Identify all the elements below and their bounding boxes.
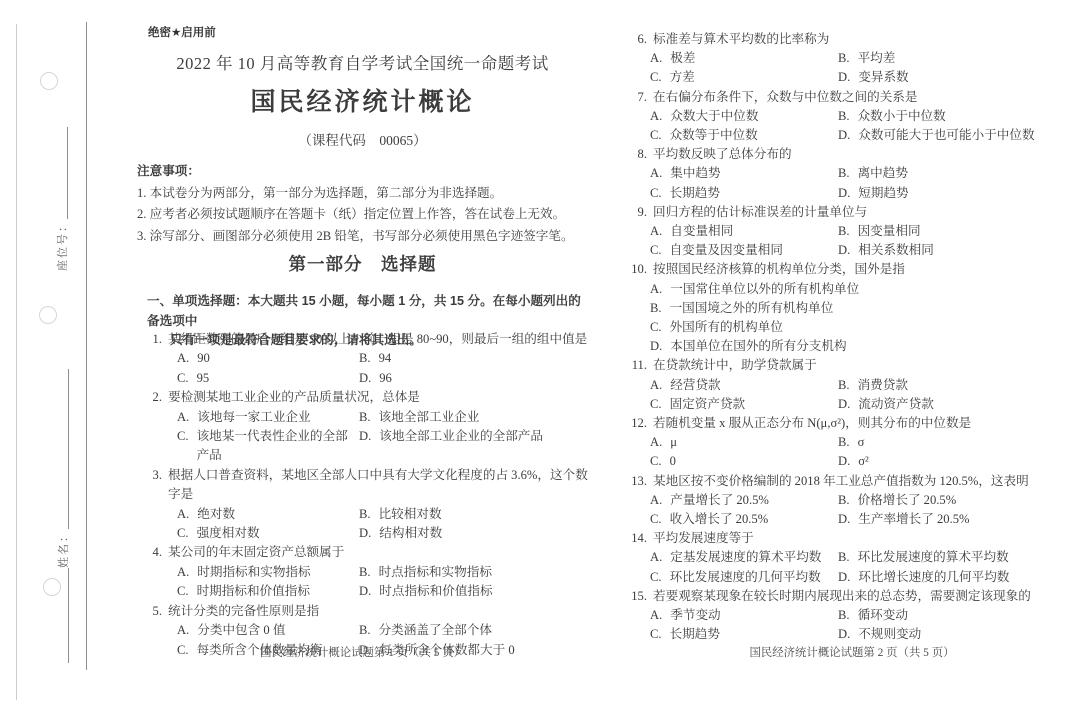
option: D.环比增长速度的几何平均数 bbox=[838, 568, 1009, 587]
option-row: A.90B.94 bbox=[135, 349, 590, 368]
option: A.产量增长了 20.5% bbox=[650, 491, 838, 510]
option-text: 该地全部工业企业 bbox=[379, 408, 480, 427]
option: C.固定资产贷款 bbox=[650, 395, 838, 414]
questions-6-15: 6.标准差与算术平均数的比率称为A.极差B.平均差C.方差D.变异系数7.在右偏… bbox=[626, 30, 1078, 645]
option-label: C. bbox=[650, 184, 662, 203]
option-text: 环比发展速度的算术平均数 bbox=[858, 548, 1009, 567]
option: A.众数大于中位数 bbox=[650, 107, 838, 126]
notes-heading: 注意事项： bbox=[137, 161, 574, 183]
question-number: 7. bbox=[626, 88, 647, 107]
option: A.季节变动 bbox=[650, 606, 838, 625]
question-number: 2. bbox=[141, 388, 162, 407]
option-row: C.自变量及因变量相同D.相关系数相同 bbox=[626, 241, 1078, 260]
option: D.相关系数相同 bbox=[838, 241, 934, 260]
option: D.变异系数 bbox=[838, 68, 909, 87]
option: A.经营贷款 bbox=[650, 376, 838, 395]
option-row: A.产量增长了 20.5%B.价格增长了 20.5% bbox=[626, 491, 1078, 510]
option-label: C. bbox=[650, 395, 662, 414]
option: B.因变量相同 bbox=[838, 222, 921, 241]
question-number: 6. bbox=[626, 30, 647, 49]
option-row: C.固定资产贷款D.流动资产贷款 bbox=[626, 395, 1078, 414]
option-text: 外国所有的机构单位 bbox=[670, 318, 783, 337]
option-label: D. bbox=[359, 427, 371, 466]
option-label: A. bbox=[650, 376, 662, 395]
option: B.σ bbox=[838, 433, 864, 452]
option-text: 短期趋势 bbox=[858, 184, 908, 203]
option-text: 不规则变动 bbox=[858, 625, 921, 644]
option-label: C. bbox=[177, 427, 189, 466]
option-text: 价格增长了 20.5% bbox=[858, 491, 957, 510]
option-row: C.强度相对数D.结构相对数 bbox=[135, 524, 590, 543]
option-label: A. bbox=[650, 164, 662, 183]
option-row: A.一国常住单位以外的所有机构单位 bbox=[626, 280, 1078, 299]
option-text: 因变量相同 bbox=[858, 222, 921, 241]
option-text: 自变量相同 bbox=[670, 222, 733, 241]
option-label: B. bbox=[650, 299, 662, 318]
option-label: B. bbox=[838, 433, 850, 452]
option: A.极差 bbox=[650, 49, 838, 68]
option-text: 绝对数 bbox=[197, 505, 235, 524]
question-stem: 要检测某地工业企业的产品质量状况，总体是 bbox=[168, 388, 420, 407]
option: B.比较相对数 bbox=[359, 505, 442, 524]
scan-edge-line bbox=[16, 24, 17, 700]
security-classification: 绝密★启用前 bbox=[148, 24, 216, 40]
question-stem: 在贷款统计中，助学贷款属于 bbox=[653, 356, 817, 375]
option: C.外国所有的机构单位 bbox=[650, 318, 783, 337]
option: C.长期趋势 bbox=[650, 184, 838, 203]
option-row: A.众数大于中位数B.众数小于中位数 bbox=[626, 107, 1078, 126]
option-text: 环比发展速度的几何平均数 bbox=[670, 568, 821, 587]
option-label: D. bbox=[650, 337, 662, 356]
option: B.消费贷款 bbox=[838, 376, 908, 395]
part-one-title: 第一部分 选择题 bbox=[135, 251, 590, 276]
note-item: 1. 本试卷分为两部分，第一部分为选择题，第二部分为非选择题。 bbox=[137, 183, 574, 205]
option-row: C.0D.σ² bbox=[626, 452, 1078, 471]
question-number: 15. bbox=[626, 587, 647, 606]
option-row: C.该地某一代表性企业的全部产品D.该地全部工业企业的全部产品 bbox=[135, 427, 590, 466]
option-label: C. bbox=[650, 126, 662, 145]
option-text: 分类中包含 0 值 bbox=[197, 621, 285, 640]
option-text: 循环变动 bbox=[858, 606, 908, 625]
option: D.σ² bbox=[838, 452, 869, 471]
option: B.一国国境之外的所有机构单位 bbox=[650, 299, 833, 318]
question-8: 8.平均数反映了总体分布的A.集中趋势B.离中趋势C.长期趋势D.短期趋势 bbox=[626, 145, 1078, 203]
question-number: 8. bbox=[626, 145, 647, 164]
option-label: D. bbox=[359, 524, 371, 543]
binding-hole bbox=[40, 72, 58, 90]
option-label: A. bbox=[177, 349, 189, 368]
option: B.平均差 bbox=[838, 49, 895, 68]
question-stem: 标准差与算术平均数的比率称为 bbox=[653, 30, 829, 49]
option-text: 一国常住单位以外的所有机构单位 bbox=[670, 280, 859, 299]
option-text: 96 bbox=[379, 369, 392, 388]
question-stem: 回归方程的估计标准误差的计量单位与 bbox=[653, 203, 867, 222]
option: C.时期指标和价值指标 bbox=[177, 582, 359, 601]
question-stem: 在右偏分布条件下，众数与中位数之间的关系是 bbox=[653, 88, 917, 107]
question-number: 1. bbox=[141, 330, 162, 349]
option-text: 方差 bbox=[670, 68, 695, 87]
option-row: D.本国单位在国外的所有分支机构 bbox=[626, 337, 1078, 356]
option-label: D. bbox=[359, 369, 371, 388]
question-number: 3. bbox=[141, 466, 162, 505]
option: D.96 bbox=[359, 369, 392, 388]
option-text: 经营贷款 bbox=[670, 376, 720, 395]
question-14: 14.平均发展速度等于A.定基发展速度的算术平均数B.环比发展速度的算术平均数C… bbox=[626, 529, 1078, 587]
option: B.环比发展速度的算术平均数 bbox=[838, 548, 1009, 567]
option-text: 流动资产贷款 bbox=[858, 395, 934, 414]
question-11: 11.在贷款统计中，助学贷款属于A.经营贷款B.消费贷款C.固定资产贷款D.流动… bbox=[626, 356, 1078, 414]
option: A.90 bbox=[177, 349, 359, 368]
option-label: D. bbox=[838, 395, 850, 414]
option-text: 变异系数 bbox=[858, 68, 908, 87]
option-text: 该地某一代表性企业的全部产品 bbox=[197, 427, 359, 466]
exam-session-title: 2022 年 10 月高等教育自学考试全国统一命题考试 bbox=[135, 50, 590, 74]
option-label: A. bbox=[650, 606, 662, 625]
option-text: 结构相对数 bbox=[379, 524, 442, 543]
option-row: A.时期指标和实物指标B.时点指标和实物指标 bbox=[135, 563, 590, 582]
option-label: A. bbox=[177, 408, 189, 427]
option-row: C.长期趋势D.短期趋势 bbox=[626, 184, 1078, 203]
option-label: B. bbox=[838, 376, 850, 395]
option: A.定基发展速度的算术平均数 bbox=[650, 548, 838, 567]
option-text: 本国单位在国外的所有分支机构 bbox=[670, 337, 846, 356]
option-row: A.该地每一家工业企业B.该地全部工业企业 bbox=[135, 408, 590, 427]
option-text: 95 bbox=[197, 369, 210, 388]
question-number: 12. bbox=[626, 414, 647, 433]
option-row: C.方差D.变异系数 bbox=[626, 68, 1078, 87]
option: C.强度相对数 bbox=[177, 524, 359, 543]
option: A.该地每一家工业企业 bbox=[177, 408, 359, 427]
option-label: C. bbox=[177, 369, 189, 388]
seat-number-label: 座位号： bbox=[54, 219, 70, 271]
option-text: 时点指标和价值指标 bbox=[379, 582, 492, 601]
option-row: A.季节变动B.循环变动 bbox=[626, 606, 1078, 625]
instruction-line-1: 一、单项选择题：本大题共 15 小题，每小题 1 分，共 15 分。在每小题列出… bbox=[147, 292, 590, 331]
option-text: 定基发展速度的算术平均数 bbox=[670, 548, 821, 567]
question-stem: 平均发展速度等于 bbox=[653, 529, 754, 548]
option-label: A. bbox=[650, 107, 662, 126]
option-row: A.绝对数B.比较相对数 bbox=[135, 505, 590, 524]
option-text: σ² bbox=[858, 452, 869, 471]
option-text: 90 bbox=[197, 349, 210, 368]
exam-page-2: 6.标准差与算术平均数的比率称为A.极差B.平均差C.方差D.变异系数7.在右偏… bbox=[626, 0, 1078, 716]
option-label: B. bbox=[359, 349, 371, 368]
option-label: D. bbox=[838, 184, 850, 203]
option: D.流动资产贷款 bbox=[838, 395, 934, 414]
option-text: 众数大于中位数 bbox=[670, 107, 758, 126]
option-text: 环比增长速度的几何平均数 bbox=[858, 568, 1009, 587]
option-label: C. bbox=[650, 510, 662, 529]
question-number: 4. bbox=[141, 543, 162, 562]
option-label: B. bbox=[359, 563, 371, 582]
option: B.分类涵盖了全部个体 bbox=[359, 621, 492, 640]
question-1: 1.某组距数列的最后一组是 90 以上，前一组是 80~90，则最后一组的组中值… bbox=[135, 330, 590, 388]
option: A.时期指标和实物指标 bbox=[177, 563, 359, 582]
option-label: D. bbox=[838, 68, 850, 87]
option-label: C. bbox=[650, 452, 662, 471]
option: D.生产率增长了 20.5% bbox=[838, 510, 970, 529]
question-10: 10.按照国民经济核算的机构单位分类，国外是指A.一国常住单位以外的所有机构单位… bbox=[626, 260, 1078, 356]
option-label: D. bbox=[838, 126, 850, 145]
option-text: σ bbox=[858, 433, 865, 452]
question-number: 5. bbox=[141, 602, 162, 621]
option-text: 比较相对数 bbox=[379, 505, 442, 524]
option: B.94 bbox=[359, 349, 391, 368]
questions-1-5: 1.某组距数列的最后一组是 90 以上，前一组是 80~90，则最后一组的组中值… bbox=[135, 330, 590, 660]
option-text: 一国国境之外的所有机构单位 bbox=[670, 299, 834, 318]
option: D.短期趋势 bbox=[838, 184, 909, 203]
option-label: D. bbox=[838, 241, 850, 260]
option: B.众数小于中位数 bbox=[838, 107, 946, 126]
option: D.众数可能大于也可能小于中位数 bbox=[838, 126, 1035, 145]
option-label: A. bbox=[650, 222, 662, 241]
option-text: 平均差 bbox=[858, 49, 896, 68]
option-text: 自变量及因变量相同 bbox=[670, 241, 783, 260]
question-number: 11. bbox=[626, 356, 647, 375]
option-text: 生产率增长了 20.5% bbox=[858, 510, 969, 529]
option-label: C. bbox=[650, 68, 662, 87]
option: D.该地全部工业企业的全部产品 bbox=[359, 427, 543, 466]
note-item: 2. 应考者必须按试题顺序在答题卡（纸）指定位置上作答，答在试卷上无效。 bbox=[137, 204, 574, 226]
option: C.自变量及因变量相同 bbox=[650, 241, 838, 260]
option-text: 产量增长了 20.5% bbox=[670, 491, 769, 510]
option-text: 固定资产贷款 bbox=[670, 395, 746, 414]
option-text: 集中趋势 bbox=[670, 164, 720, 183]
option-row: A.经营贷款B.消费贷款 bbox=[626, 376, 1078, 395]
name-field: 姓名： bbox=[55, 369, 71, 663]
option: D.时点指标和价值指标 bbox=[359, 582, 493, 601]
option: B.循环变动 bbox=[838, 606, 908, 625]
option-label: B. bbox=[838, 548, 850, 567]
question-stem: 按照国民经济核算的机构单位分类，国外是指 bbox=[653, 260, 905, 279]
option-label: A. bbox=[177, 621, 189, 640]
option-row: A.极差B.平均差 bbox=[626, 49, 1078, 68]
question-stem: 若随机变量 x 服从正态分布 N(μ,σ²)，则其分布的中位数是 bbox=[653, 414, 971, 433]
option: A.μ bbox=[650, 433, 838, 452]
option-text: 时点指标和实物指标 bbox=[379, 563, 492, 582]
option-label: C. bbox=[177, 582, 189, 601]
option-text: 强度相对数 bbox=[197, 524, 260, 543]
notes-block: 注意事项： 1. 本试卷分为两部分，第一部分为选择题，第二部分为非选择题。 2.… bbox=[137, 161, 574, 247]
option-label: A. bbox=[650, 548, 662, 567]
option-label: D. bbox=[838, 568, 850, 587]
option-label: B. bbox=[359, 408, 371, 427]
option-text: 时期指标和价值指标 bbox=[197, 582, 310, 601]
question-13: 13.某地区按不变价格编制的 2018 年工业总产值指数为 120.5%，这表明… bbox=[626, 472, 1078, 530]
page-2-footer: 国民经济统计概论试题第 2 页（共 5 页） bbox=[626, 644, 1078, 660]
option: B.该地全部工业企业 bbox=[359, 408, 479, 427]
option: A.一国常住单位以外的所有机构单位 bbox=[650, 280, 859, 299]
option-text: 消费贷款 bbox=[858, 376, 908, 395]
option: C.长期趋势 bbox=[650, 625, 838, 644]
option-row: A.集中趋势B.离中趋势 bbox=[626, 164, 1078, 183]
option-label: A. bbox=[177, 505, 189, 524]
option-label: D. bbox=[838, 625, 850, 644]
option-text: 众数小于中位数 bbox=[858, 107, 946, 126]
question-9: 9.回归方程的估计标准误差的计量单位与A.自变量相同B.因变量相同C.自变量及因… bbox=[626, 203, 1078, 261]
question-stem: 统计分类的完备性原则是指 bbox=[168, 602, 319, 621]
option: B.离中趋势 bbox=[838, 164, 908, 183]
option-label: A. bbox=[650, 49, 662, 68]
option-label: B. bbox=[838, 107, 850, 126]
option: D.本国单位在国外的所有分支机构 bbox=[650, 337, 847, 356]
question-7: 7.在右偏分布条件下，众数与中位数之间的关系是A.众数大于中位数B.众数小于中位… bbox=[626, 88, 1078, 146]
option-text: 该地每一家工业企业 bbox=[197, 408, 310, 427]
option: A.集中趋势 bbox=[650, 164, 838, 183]
option-label: C. bbox=[650, 318, 662, 337]
option-label: A. bbox=[177, 563, 189, 582]
option-label: A. bbox=[650, 433, 662, 452]
option-label: B. bbox=[838, 49, 850, 68]
seat-number-blank-line bbox=[56, 127, 68, 219]
option-label: C. bbox=[650, 625, 662, 644]
exam-title: 国民经济统计概论 bbox=[135, 82, 590, 118]
question-2: 2.要检测某地工业企业的产品质量状况，总体是A.该地每一家工业企业B.该地全部工… bbox=[135, 388, 590, 466]
option: C.环比发展速度的几何平均数 bbox=[650, 568, 838, 587]
name-blank-line bbox=[57, 369, 69, 529]
option-row: C.时期指标和价值指标D.时点指标和价值指标 bbox=[135, 582, 590, 601]
question-number: 10. bbox=[626, 260, 647, 279]
option: A.分类中包含 0 值 bbox=[177, 621, 359, 640]
option-text: 极差 bbox=[670, 49, 695, 68]
option-label: D. bbox=[838, 510, 850, 529]
option-label: C. bbox=[650, 568, 662, 587]
option-label: B. bbox=[838, 606, 850, 625]
option-row: A.分类中包含 0 值B.分类涵盖了全部个体 bbox=[135, 621, 590, 640]
option-label: B. bbox=[359, 621, 371, 640]
option: C.该地某一代表性企业的全部产品 bbox=[177, 427, 359, 466]
question-stem: 若要观察某现象在较长时期内展现出来的总态势，需要测定该现象的 bbox=[653, 587, 1031, 606]
page-1-footer: 国民经济统计概论试题第 1 页（共 5 页） bbox=[135, 644, 590, 660]
option: C.95 bbox=[177, 369, 359, 388]
option-text: 分类涵盖了全部个体 bbox=[379, 621, 492, 640]
option-label: B. bbox=[838, 491, 850, 510]
option: D.不规则变动 bbox=[838, 625, 921, 644]
option-label: C. bbox=[650, 241, 662, 260]
question-3: 3.根据人口普查资料，某地区全部人口中具有大学文化程度的占 3.6%，这个数字是… bbox=[135, 466, 590, 544]
exam-page-1: 绝密★启用前 2022 年 10 月高等教育自学考试全国统一命题考试 国民经济统… bbox=[135, 0, 590, 716]
option-row: C.众数等于中位数D.众数可能大于也可能小于中位数 bbox=[626, 126, 1078, 145]
option-text: 该地全部工业企业的全部产品 bbox=[379, 427, 543, 466]
option: B.价格增长了 20.5% bbox=[838, 491, 956, 510]
option: C.0 bbox=[650, 452, 838, 471]
option-label: B. bbox=[838, 164, 850, 183]
option-text: 长期趋势 bbox=[670, 625, 720, 644]
question-number: 13. bbox=[626, 472, 647, 491]
option-row: C.外国所有的机构单位 bbox=[626, 318, 1078, 337]
option-row: A.μB.σ bbox=[626, 433, 1078, 452]
option-label: A. bbox=[650, 491, 662, 510]
course-code: （课程代码 00065） bbox=[135, 129, 590, 149]
option: D.结构相对数 bbox=[359, 524, 442, 543]
question-stem: 某公司的年末固定资产总额属于 bbox=[168, 543, 344, 562]
option: C.收入增长了 20.5% bbox=[650, 510, 838, 529]
option-row: C.环比发展速度的几何平均数D.环比增长速度的几何平均数 bbox=[626, 568, 1078, 587]
option-text: 0 bbox=[670, 452, 676, 471]
question-15: 15.若要观察某现象在较长时期内展现出来的总态势，需要测定该现象的A.季节变动B… bbox=[626, 587, 1078, 645]
option-row: A.自变量相同B.因变量相同 bbox=[626, 222, 1078, 241]
option-label: C. bbox=[177, 524, 189, 543]
option-row: C.长期趋势D.不规则变动 bbox=[626, 625, 1078, 644]
question-stem: 某组距数列的最后一组是 90 以上，前一组是 80~90，则最后一组的组中值是 bbox=[168, 330, 587, 349]
option-label: A. bbox=[650, 280, 662, 299]
option: A.自变量相同 bbox=[650, 222, 838, 241]
question-number: 14. bbox=[626, 529, 647, 548]
option: B.时点指标和实物指标 bbox=[359, 563, 492, 582]
option-text: 众数等于中位数 bbox=[670, 126, 758, 145]
question-6: 6.标准差与算术平均数的比率称为A.极差B.平均差C.方差D.变异系数 bbox=[626, 30, 1078, 88]
option-text: 季节变动 bbox=[670, 606, 720, 625]
question-4: 4.某公司的年末固定资产总额属于A.时期指标和实物指标B.时点指标和实物指标C.… bbox=[135, 543, 590, 601]
option-row: C.收入增长了 20.5%D.生产率增长了 20.5% bbox=[626, 510, 1078, 529]
name-blank-line bbox=[57, 568, 69, 663]
question-stem: 平均数反映了总体分布的 bbox=[653, 145, 792, 164]
option-label: D. bbox=[838, 452, 850, 471]
option: A.绝对数 bbox=[177, 505, 359, 524]
margin-border-line bbox=[86, 22, 87, 670]
binding-hole bbox=[39, 306, 57, 324]
option: C.方差 bbox=[650, 68, 838, 87]
option-label: B. bbox=[838, 222, 850, 241]
option-text: 长期趋势 bbox=[670, 184, 720, 203]
option-label: D. bbox=[359, 582, 371, 601]
option-text: 收入增长了 20.5% bbox=[670, 510, 769, 529]
option-row: C.95D.96 bbox=[135, 369, 590, 388]
question-stem: 根据人口普查资料，某地区全部人口中具有大学文化程度的占 3.6%，这个数字是 bbox=[168, 466, 590, 505]
seat-number-field: 座位号： bbox=[54, 127, 70, 271]
option-text: 众数可能大于也可能小于中位数 bbox=[858, 126, 1034, 145]
name-label: 姓名： bbox=[55, 529, 71, 568]
question-stem: 某地区按不变价格编制的 2018 年工业总产值指数为 120.5%，这表明 bbox=[653, 472, 1029, 491]
question-12: 12.若随机变量 x 服从正态分布 N(μ,σ²)，则其分布的中位数是A.μB.… bbox=[626, 414, 1078, 472]
option: C.众数等于中位数 bbox=[650, 126, 838, 145]
option-text: μ bbox=[670, 433, 677, 452]
option-text: 离中趋势 bbox=[858, 164, 908, 183]
option-text: 相关系数相同 bbox=[858, 241, 934, 260]
question-number: 9. bbox=[626, 203, 647, 222]
option-label: B. bbox=[359, 505, 371, 524]
option-text: 94 bbox=[379, 349, 392, 368]
option-row: A.定基发展速度的算术平均数B.环比发展速度的算术平均数 bbox=[626, 548, 1078, 567]
note-item: 3. 涂写部分、画图部分必须使用 2B 铅笔，书写部分必须使用黑色字迹签字笔。 bbox=[137, 226, 574, 248]
option-row: B.一国国境之外的所有机构单位 bbox=[626, 299, 1078, 318]
option-text: 时期指标和实物指标 bbox=[197, 563, 310, 582]
